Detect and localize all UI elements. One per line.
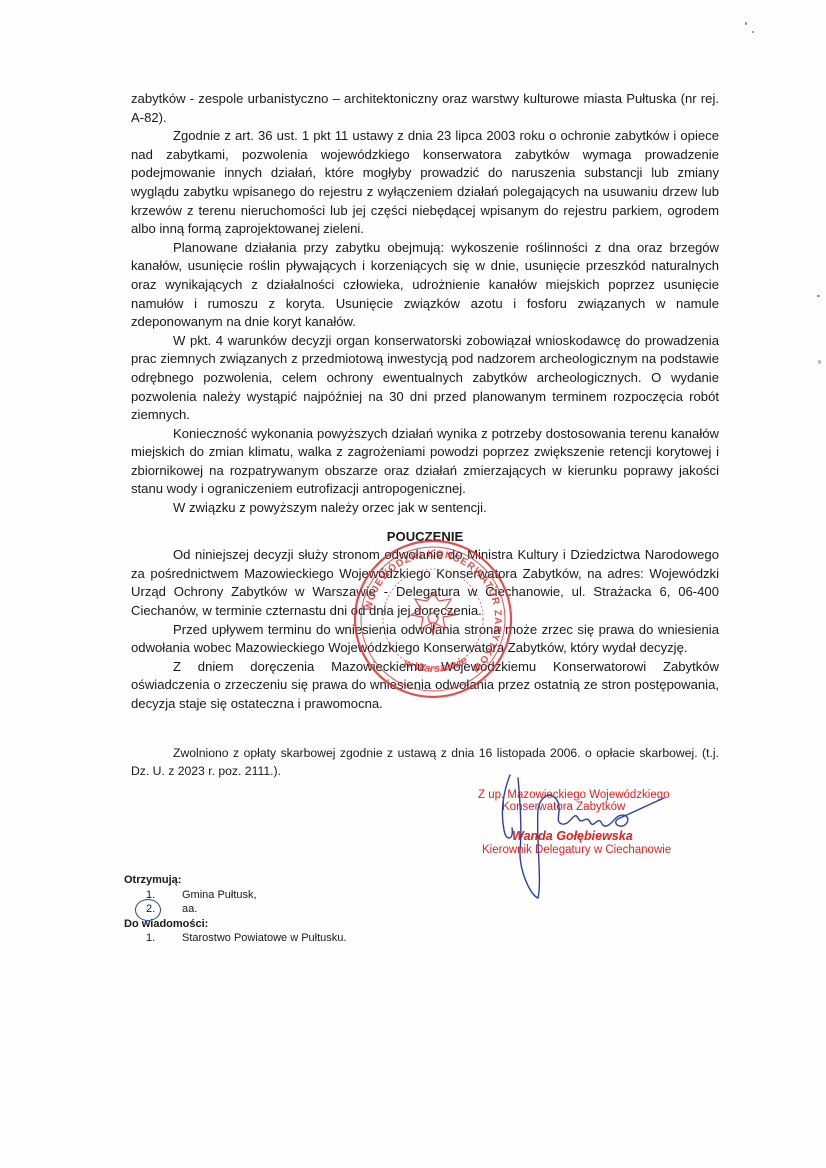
paragraph-planned-works: Planowane działania przy zabytku obejmuj… — [131, 239, 719, 332]
signature-authorization: Z up. Mazowieckiego Wojewódzkiego — [478, 789, 670, 802]
recipient-item: 1. Gmina Pułtusk, — [124, 888, 444, 903]
signature-block: Z up. Mazowieckiego Wojewódzkiego Konser… — [470, 770, 700, 910]
paragraph-legal-basis: Zgodnie z art. 36 ust. 1 pkt 11 ustawy z… — [131, 127, 719, 239]
paragraph-heritage-zone: zabytków - zespole urbanistyczno – archi… — [131, 90, 719, 127]
distribution-list: Otrzymują: 1. Gmina Pułtusk, 2. aa. Do w… — [124, 873, 444, 946]
instruction-appeal: Od niniejszej decyzji służy stronom odwo… — [131, 546, 719, 620]
paragraph-conclusion: W związku z powyższym należy orzec jak w… — [131, 499, 719, 518]
document-page: zabytków - zespole urbanistyczno – archi… — [0, 0, 826, 1168]
signature-role: Kierownik Delegatury w Ciechanowie — [482, 844, 671, 857]
cc-item: 1. Starostwo Powiatowe w Pułtusku. — [124, 931, 444, 946]
instruction-finality: Z dniem doręczenia Mazowieckiemu Wojewód… — [131, 658, 719, 714]
scan-speck — [818, 360, 821, 364]
instruction-waiver: Przed upływem terminu do wniesienia odwo… — [131, 621, 719, 658]
fee-exemption-note: Zwolniono z opłaty skarbowej zgodnie z u… — [131, 744, 719, 780]
recipient-item: 2. aa. — [124, 902, 444, 917]
scan-speck — [752, 31, 754, 33]
paragraph-justification: Konieczność wykonania powyższych działań… — [131, 425, 719, 499]
signature-name: Wanda Gołębiewska — [512, 830, 633, 843]
handwritten-signature-icon — [470, 770, 700, 910]
document-body: zabytków - zespole urbanistyczno – archi… — [131, 90, 719, 780]
paragraph-archaeology-condition: W pkt. 4 warunków decyzji organ konserwa… — [131, 332, 719, 425]
scan-speck — [745, 22, 747, 25]
scan-speck — [817, 295, 820, 297]
signature-office: Konserwatora Zabytków — [502, 801, 625, 814]
instruction-heading: POUCZENIE — [131, 528, 719, 547]
cc-title: Do wiadomości: — [124, 917, 444, 932]
recipients-title: Otrzymują: — [124, 873, 444, 888]
